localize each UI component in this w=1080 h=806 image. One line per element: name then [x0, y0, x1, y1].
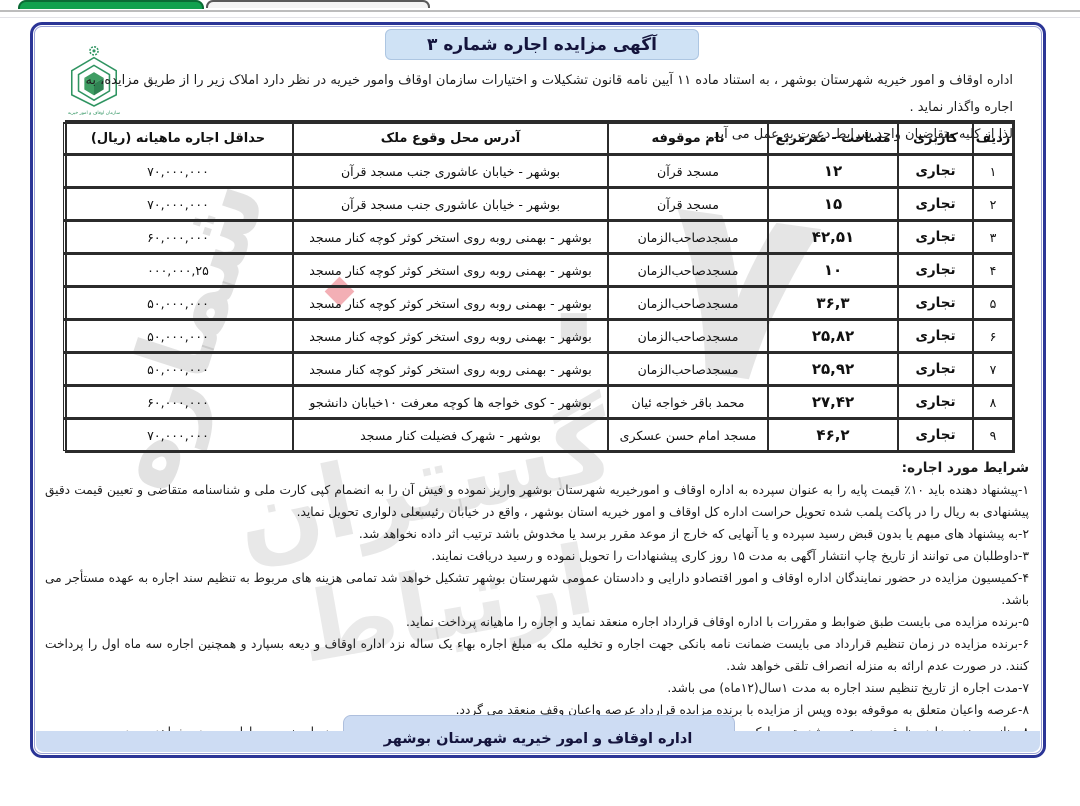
table-cell-rent: ۵٠,٠٠٠,٠٠٠: [63, 352, 293, 385]
table-cell-endowment: مسجدصاحب‌الزمان: [608, 352, 768, 385]
intro-line-1: اداره اوقاف و امور خیریه شهرستان بوشهر ،…: [63, 67, 1013, 121]
properties-table: ردیف کاربری مساحت - مترمربع نام موقوفه آ…: [65, 120, 1015, 453]
table-cell-rent: ۷٠,٠٠٠,٠٠٠: [63, 154, 293, 187]
conditions-title: شرایط مورد اجاره:: [45, 457, 1029, 479]
table-row-number: ۹: [973, 418, 1013, 451]
condition-item: ۱-پیشنهاد دهنده باید ۱۰٪ قیمت پایه را به…: [45, 479, 1029, 523]
table-cell-usage: تجاری: [898, 385, 973, 418]
browser-tab-active[interactable]: [18, 0, 204, 9]
table-cell-area: ۴۲,۵۱: [768, 220, 898, 253]
table-cell-rent: ۷٠,٠٠٠,٠٠٠: [63, 187, 293, 220]
browser-tab-inactive[interactable]: [206, 0, 430, 8]
tabbar-divider: [0, 10, 1080, 12]
col-header-area: مساحت - مترمربع: [768, 122, 898, 154]
condition-item: ۴-کمیسیون مزایده در حضور نمایندگان اداره…: [45, 567, 1029, 611]
issuing-office-name: اداره اوقاف و امور خیریه شهرستان بوشهر: [384, 731, 693, 747]
table-cell-usage: تجاری: [898, 418, 973, 451]
table-cell-endowment: مسجدصاحب‌الزمان: [608, 286, 768, 319]
table-row-number: ۶: [973, 319, 1013, 352]
table-row-number: ۲: [973, 187, 1013, 220]
table-cell-endowment: مسجدصاحب‌الزمان: [608, 319, 768, 352]
table-cell-area: ۳۶,۳: [768, 286, 898, 319]
table-row-number: ۴: [973, 253, 1013, 286]
page: { "colors": { "frame_navy": "#2b3596", "…: [0, 0, 1080, 806]
table-cell-rent: ۵٠,٠٠٠,٠٠٠: [63, 286, 293, 319]
table-cell-endowment: محمد باقر خواجه ئیان: [608, 385, 768, 418]
tabbar-divider-light: [0, 17, 1080, 18]
table-cell-rent: ۶٠,٠٠٠,٠٠٠: [63, 385, 293, 418]
auction-notice-document: شماره گستران ارتباط ۷ ۰ سازمان اوقاف و ا…: [30, 22, 1046, 758]
table-row-number: ۱: [973, 154, 1013, 187]
table-cell-address: بوشهر - خیابان عاشوری جنب مسجد قرآن: [293, 187, 608, 220]
table-cell-area: ۱۵: [768, 187, 898, 220]
table-cell-endowment: مسجد قرآن: [608, 187, 768, 220]
condition-item: ۵-برنده مزایده می بایست طبق ضوابط و مقرر…: [45, 611, 1029, 633]
notice-title-box: آگهی مزایده اجاره شماره ۳: [385, 29, 699, 60]
table-cell-usage: تجاری: [898, 154, 973, 187]
table-cell-address: بوشهر - کوی خواجه ها کوچه معرفت ۱۰خیابان…: [293, 385, 608, 418]
rental-conditions-section: شرایط مورد اجاره: ۱-پیشنهاد دهنده باید ۱…: [45, 457, 1029, 743]
col-header-address: آدرس محل وقوع ملک: [293, 122, 608, 154]
table-cell-usage: تجاری: [898, 319, 973, 352]
col-header-min-rent: حداقل اجاره ماهیانه (ریال): [63, 122, 293, 154]
table-row-number: ۳: [973, 220, 1013, 253]
table-cell-rent: ۲۵,٠٠٠,٠٠٠: [63, 253, 293, 286]
condition-item: ۷-مدت اجاره از تاریخ تنظیم سند اجاره به …: [45, 677, 1029, 699]
table-cell-rent: ۵٠,٠٠٠,٠٠٠: [63, 319, 293, 352]
table-cell-area: ۲۵,۸۲: [768, 319, 898, 352]
table-cell-usage: تجاری: [898, 253, 973, 286]
table-row-number: ۸: [973, 385, 1013, 418]
table-cell-endowment: مسجدصاحب‌الزمان: [608, 220, 768, 253]
notice-title: آگهی مزایده اجاره شماره ۳: [427, 35, 657, 55]
table-cell-address: بوشهر - بهمنی روبه روی استخر کوثر کوچه ک…: [293, 220, 608, 253]
table-cell-usage: تجاری: [898, 187, 973, 220]
footer-band: اداره اوقاف و امور خیریه شهرستان بوشهر: [36, 731, 1040, 752]
table-row-number: ۷: [973, 352, 1013, 385]
table-cell-area: ۱۲: [768, 154, 898, 187]
table-cell-endowment: مسجد قرآن: [608, 154, 768, 187]
table-cell-rent: ۷٠,٠٠٠,٠٠٠: [63, 418, 293, 451]
table-cell-address: بوشهر - شهرک فضیلت کنار مسجد: [293, 418, 608, 451]
table-cell-area: ۲۷,۴۲: [768, 385, 898, 418]
table-cell-rent: ۶٠,٠٠٠,٠٠٠: [63, 220, 293, 253]
col-header-row-number: ردیف: [973, 122, 1013, 154]
table-cell-address: بوشهر - بهمنی روبه روی استخر کوثر کوچه ک…: [293, 286, 608, 319]
col-header-usage: کاربری: [898, 122, 973, 154]
table-cell-area: ۴۶,۲: [768, 418, 898, 451]
condition-item: ۳-داوطلبان می توانند از تاریخ چاپ انتشار…: [45, 545, 1029, 567]
col-header-endowment: نام موقوفه: [608, 122, 768, 154]
table-cell-usage: تجاری: [898, 286, 973, 319]
table-cell-area: ۲۵,۹۲: [768, 352, 898, 385]
table-row-number: ۵: [973, 286, 1013, 319]
table-cell-address: بوشهر - خیابان عاشوری جنب مسجد قرآن: [293, 154, 608, 187]
table-cell-area: ۱۰: [768, 253, 898, 286]
table-cell-endowment: مسجد امام حسن عسکری: [608, 418, 768, 451]
table-cell-address: بوشهر - بهمنی روبه روی استخر کوثر کوچه ک…: [293, 253, 608, 286]
table-cell-usage: تجاری: [898, 352, 973, 385]
table-cell-usage: تجاری: [898, 220, 973, 253]
table-cell-endowment: مسجدصاحب‌الزمان: [608, 253, 768, 286]
table-cell-address: بوشهر - بهمنی روبه روی استخر کوثر کوچه ک…: [293, 319, 608, 352]
condition-item: ۲-به پیشنهاد های مبهم یا بدون قبض رسید س…: [45, 523, 1029, 545]
table-cell-address: بوشهر - بهمنی روبه روی استخر کوثر کوچه ک…: [293, 352, 608, 385]
condition-item: ۶-برنده مزایده در زمان تنظیم قرارداد می …: [45, 633, 1029, 677]
